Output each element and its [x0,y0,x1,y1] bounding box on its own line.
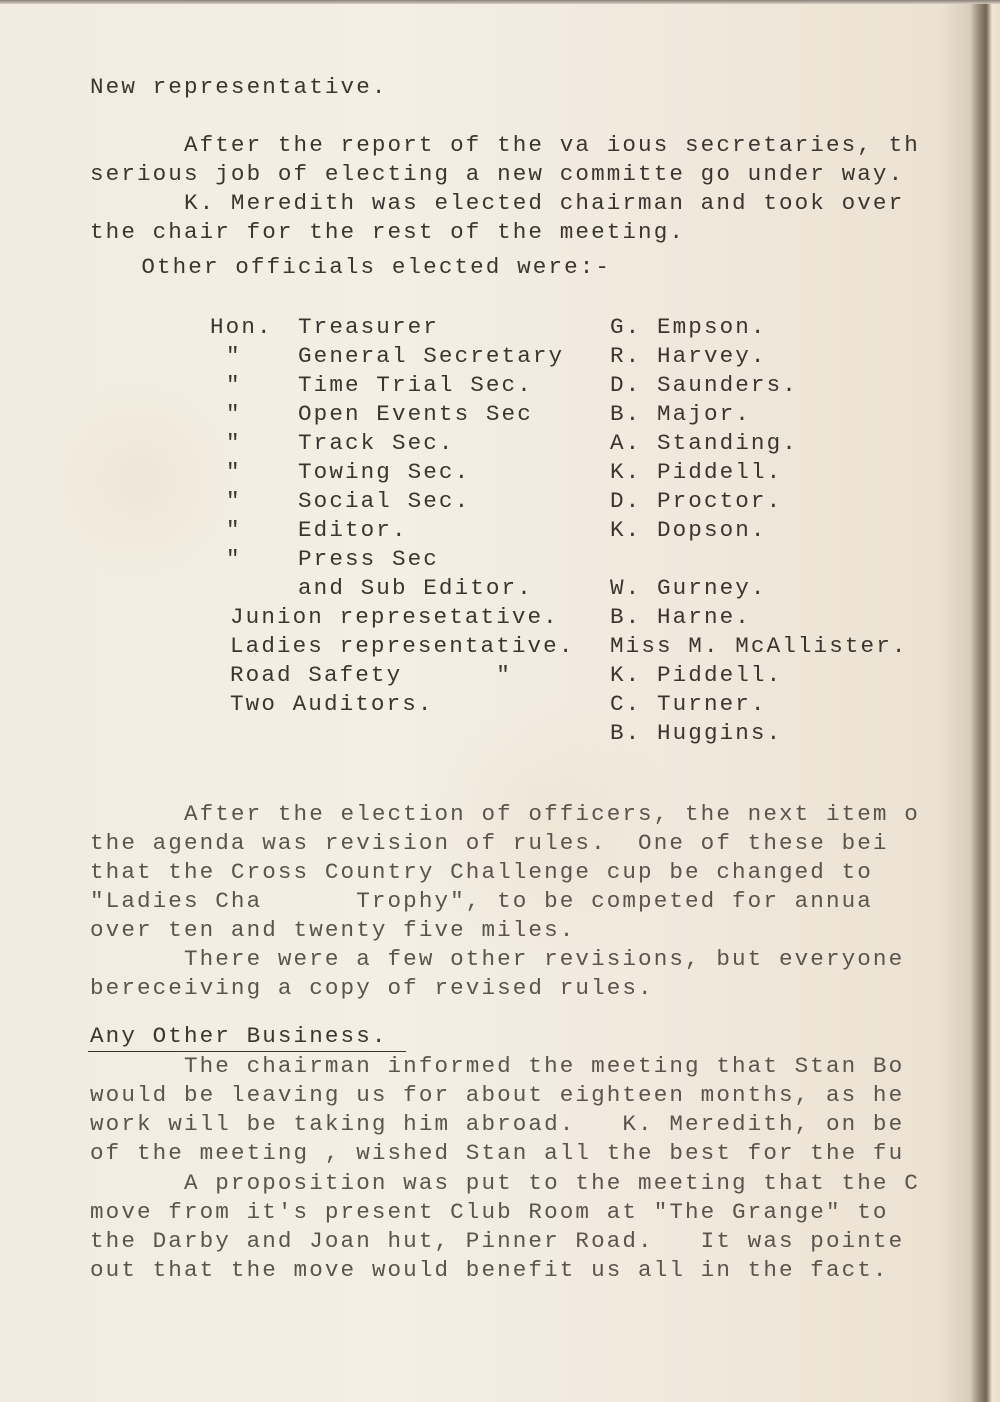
rep-role: Two Auditors. [230,693,434,716]
official-role: Towing Sec. [298,461,470,484]
official-name: A. Standing. [610,432,798,455]
election-line: serious job of electing a new committe g… [90,163,904,186]
rules-line: bereceiving a copy of revised rules. [90,977,654,1000]
rep-name: K. Piddell. [610,664,782,687]
heading-underline [88,1051,406,1052]
business-line: work will be taking him abroad. K. Mered… [90,1113,904,1136]
official-prefix: Hon. [210,316,273,339]
business-line: would be leaving us for about eighteen m… [90,1084,904,1107]
official-role: and Sub Editor. [298,577,533,600]
official-prefix: " [226,432,242,455]
rep-role: Junion represetative. [230,606,559,629]
rules-line: There were a few other revisions, but ev… [90,948,904,971]
rules-line: the agenda was revision of rules. One of… [90,832,889,855]
rep-name: B. Huggins. [610,722,782,745]
election-line: the chair for the rest of the meeting. [90,221,685,244]
official-role: Social Sec. [298,490,470,513]
official-name: D. Proctor. [610,490,782,513]
rep-role: Road Safety " [230,664,512,687]
official-name: K. Piddell. [610,461,782,484]
official-role: Time Trial Sec. [298,374,533,397]
official-prefix: " [226,374,242,397]
document-page: New representative. After the report of … [0,0,1000,1402]
official-name: R. Harvey. [610,345,767,368]
official-role: Press Sec [298,548,439,571]
rep-name: B. Harne. [610,606,751,629]
official-prefix: " [226,345,242,368]
business-line: the Darby and Joan hut, Pinner Road. It … [90,1230,904,1253]
business-line: move from it's present Club Room at "The… [90,1201,889,1224]
official-role: Treasurer [298,316,439,339]
rep-role: Ladies representative. [230,635,575,658]
business-line: The chairman informed the meeting that S… [90,1055,904,1078]
official-role: Editor. [298,519,408,542]
business-line: A proposition was put to the meeting tha… [90,1172,920,1195]
official-name: W. Gurney. [610,577,767,600]
rules-line: "Ladies Cha Trophy", to be competed for … [90,890,873,913]
official-prefix: " [226,519,242,542]
business-line: out that the move would benefit us all i… [90,1259,889,1282]
officials-intro: Other officials elected were:- [110,256,611,279]
official-role: Open Events Sec [298,403,533,426]
official-name: K. Dopson. [610,519,767,542]
official-name: D. Saunders. [610,374,798,397]
business-line: of the meeting , wished Stan all the bes… [90,1142,904,1165]
official-role: Track Sec. [298,432,455,455]
official-name: B. Major. [610,403,751,426]
rules-line: After the election of officers, the next… [90,803,920,826]
typed-text-area: New representative. After the report of … [0,0,988,1402]
section-heading: Any Other Business. [90,1025,388,1048]
official-prefix: " [226,548,242,571]
official-prefix: " [226,461,242,484]
rules-line: that the Cross Country Challenge cup be … [90,861,873,884]
rep-name: Miss M. McAllister. [610,635,908,658]
election-line: After the report of the va ious secretar… [90,134,920,157]
official-prefix: " [226,403,242,426]
election-line: K. Meredith was elected chairman and too… [90,192,904,215]
rules-line: over ten and twenty five miles. [90,919,575,942]
rep-name: C. Turner. [610,693,767,716]
opening-line: New representative. [90,76,388,99]
official-role: General Secretary [298,345,564,368]
official-prefix: " [226,490,242,513]
official-name: G. Empson. [610,316,767,339]
